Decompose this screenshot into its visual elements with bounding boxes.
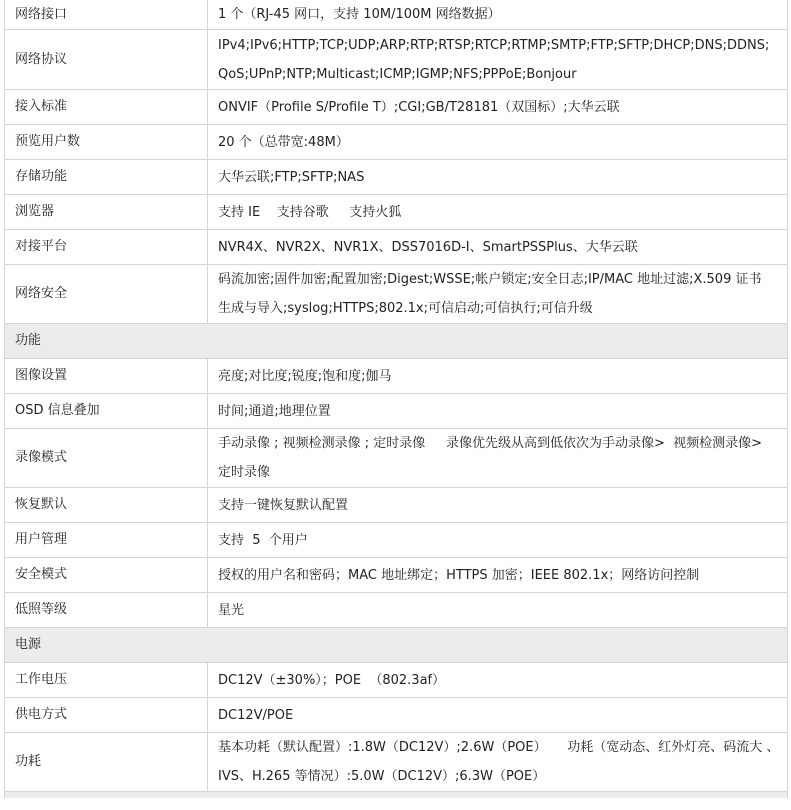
spec-label: 功耗	[5, 733, 208, 792]
spec-row-osd: OSD 信息叠加 时间;通道;地理位置	[5, 394, 788, 429]
spec-value: ONVIF（Profile S/Profile T）;CGI;GB/T28181…	[208, 90, 788, 125]
spec-table: 网络接口 1 个（RJ-45 网口，支持 10M/100M 网络数据） 网络协议…	[4, 0, 788, 798]
spec-value: 支持 5 个用户	[208, 523, 788, 558]
spec-label: OSD 信息叠加	[5, 394, 208, 429]
spec-row-browser: 浏览器 支持 IE 支持谷歌 支持火狐	[5, 195, 788, 230]
spec-value: NVR4X、NVR2X、NVR1X、DSS7016D-I、SmartPSSPlu…	[208, 230, 788, 265]
spec-value-line: 定时录像	[218, 458, 777, 487]
spec-value: 时间;通道;地理位置	[208, 394, 788, 429]
spec-row-network-protocol: 网络协议 IPv4;IPv6;HTTP;TCP;UDP;ARP;RTP;RTSP…	[5, 30, 788, 90]
spec-row-network-interface: 网络接口 1 个（RJ-45 网口，支持 10M/100M 网络数据）	[5, 0, 788, 30]
spec-label: 供电方式	[5, 698, 208, 733]
spec-value: 1 个（RJ-45 网口，支持 10M/100M 网络数据）	[208, 0, 788, 30]
spec-value-line: DC12V（±30%）；POE （802.3af）	[218, 666, 777, 695]
spec-label: 网络安全	[5, 265, 208, 324]
spec-value: DC12V（±30%）；POE （802.3af）	[208, 663, 788, 698]
spec-value: DC12V/POE	[208, 698, 788, 733]
partial-row-cell	[5, 792, 788, 799]
spec-value-line: DC12V/POE	[218, 701, 777, 730]
spec-value: 码流加密;固件加密;配置加密;Digest;WSSE;帐户锁定;安全日志;IP/…	[208, 265, 788, 324]
partial-next-row	[5, 792, 788, 799]
spec-row-power-consumption: 功耗 基本功耗（默认配置）:1.8W（DC12V）;2.6W（POE） 功耗（宽…	[5, 733, 788, 792]
spec-value: 基本功耗（默认配置）:1.8W（DC12V）;2.6W（POE） 功耗（宽动态、…	[208, 733, 788, 792]
spec-value: 授权的用户名和密码；MAC 地址绑定；HTTPS 加密；IEEE 802.1x；…	[208, 558, 788, 593]
spec-value-line: 1 个（RJ-45 网口，支持 10M/100M 网络数据）	[218, 0, 777, 29]
spec-value: 亮度;对比度;锐度;饱和度;伽马	[208, 359, 788, 394]
spec-value-line: IPv4;IPv6;HTTP;TCP;UDP;ARP;RTP;RTSP;RTCP…	[218, 31, 777, 60]
spec-value-line: ONVIF（Profile S/Profile T）;CGI;GB/T28181…	[218, 93, 777, 122]
spec-value-line: 授权的用户名和密码；MAC 地址绑定；HTTPS 加密；IEEE 802.1x；…	[218, 561, 777, 590]
spec-row-low-light: 低照等级 星光	[5, 593, 788, 628]
spec-value-line: 大华云联;FTP;SFTP;NAS	[218, 163, 777, 192]
spec-value-line: IVS、H.265 等情况）:5.0W（DC12V）;6.3W（POE）	[218, 762, 777, 791]
spec-label: 存储功能	[5, 160, 208, 195]
spec-label: 浏览器	[5, 195, 208, 230]
spec-value: 星光	[208, 593, 788, 628]
spec-label: 录像模式	[5, 429, 208, 488]
section-title: 电源	[5, 628, 788, 663]
section-header-power: 电源	[5, 628, 788, 663]
spec-row-network-security: 网络安全 码流加密;固件加密;配置加密;Digest;WSSE;帐户锁定;安全日…	[5, 265, 788, 324]
spec-label: 安全模式	[5, 558, 208, 593]
spec-row-image-settings: 图像设置 亮度;对比度;锐度;饱和度;伽马	[5, 359, 788, 394]
spec-value-line: QoS;UPnP;NTP;Multicast;ICMP;IGMP;NFS;PPP…	[218, 60, 777, 89]
spec-label: 预览用户数	[5, 125, 208, 160]
spec-value: 手动录像 ; 视频检测录像 ; 定时录像 录像优先级从高到低依次为手动录像> 视…	[208, 429, 788, 488]
spec-row-restore-default: 恢复默认 支持一键恢复默认配置	[5, 488, 788, 523]
spec-value-line: 手动录像 ; 视频检测录像 ; 定时录像 录像优先级从高到低依次为手动录像> 视…	[218, 429, 777, 458]
spec-value: 20 个（总带宽:48M）	[208, 125, 788, 160]
spec-label: 网络接口	[5, 0, 208, 30]
spec-label: 低照等级	[5, 593, 208, 628]
spec-label: 网络协议	[5, 30, 208, 90]
spec-value: 支持一键恢复默认配置	[208, 488, 788, 523]
spec-value: 大华云联;FTP;SFTP;NAS	[208, 160, 788, 195]
spec-value-line: 星光	[218, 596, 777, 625]
spec-value-line: 20 个（总带宽:48M）	[218, 128, 777, 157]
spec-row-access-standard: 接入标准 ONVIF（Profile S/Profile T）;CGI;GB/T…	[5, 90, 788, 125]
spec-row-record-mode: 录像模式 手动录像 ; 视频检测录像 ; 定时录像 录像优先级从高到低依次为手动…	[5, 429, 788, 488]
spec-row-platform: 对接平台 NVR4X、NVR2X、NVR1X、DSS7016D-I、SmartP…	[5, 230, 788, 265]
spec-label: 接入标准	[5, 90, 208, 125]
spec-label: 图像设置	[5, 359, 208, 394]
spec-row-preview-users: 预览用户数 20 个（总带宽:48M）	[5, 125, 788, 160]
spec-label: 恢复默认	[5, 488, 208, 523]
spec-row-operating-voltage: 工作电压 DC12V（±30%）；POE （802.3af）	[5, 663, 788, 698]
spec-label: 用户管理	[5, 523, 208, 558]
section-header-function: 功能	[5, 324, 788, 359]
spec-label: 对接平台	[5, 230, 208, 265]
spec-value-line: 基本功耗（默认配置）:1.8W（DC12V）;2.6W（POE） 功耗（宽动态、…	[218, 733, 777, 762]
spec-row-security-mode: 安全模式 授权的用户名和密码；MAC 地址绑定；HTTPS 加密；IEEE 80…	[5, 558, 788, 593]
spec-value-line: 支持一键恢复默认配置	[218, 491, 777, 520]
spec-row-user-management: 用户管理 支持 5 个用户	[5, 523, 788, 558]
spec-row-power-supply: 供电方式 DC12V/POE	[5, 698, 788, 733]
spec-value: IPv4;IPv6;HTTP;TCP;UDP;ARP;RTP;RTSP;RTCP…	[208, 30, 788, 90]
spec-value-line: 生成与导入;syslog;HTTPS;802.1x;可信启动;可信执行;可信升级	[218, 294, 777, 323]
spec-value-line: 支持 5 个用户	[218, 526, 777, 555]
spec-value-line: 亮度;对比度;锐度;饱和度;伽马	[218, 362, 777, 391]
spec-value-line: 支持 IE 支持谷歌 支持火狐	[218, 198, 777, 227]
spec-value-line: NVR4X、NVR2X、NVR1X、DSS7016D-I、SmartPSSPlu…	[218, 233, 777, 262]
spec-row-storage: 存储功能 大华云联;FTP;SFTP;NAS	[5, 160, 788, 195]
spec-value-line: 时间;通道;地理位置	[218, 397, 777, 426]
spec-label: 工作电压	[5, 663, 208, 698]
section-title: 功能	[5, 324, 788, 359]
spec-value: 支持 IE 支持谷歌 支持火狐	[208, 195, 788, 230]
spec-value-line: 码流加密;固件加密;配置加密;Digest;WSSE;帐户锁定;安全日志;IP/…	[218, 265, 777, 294]
